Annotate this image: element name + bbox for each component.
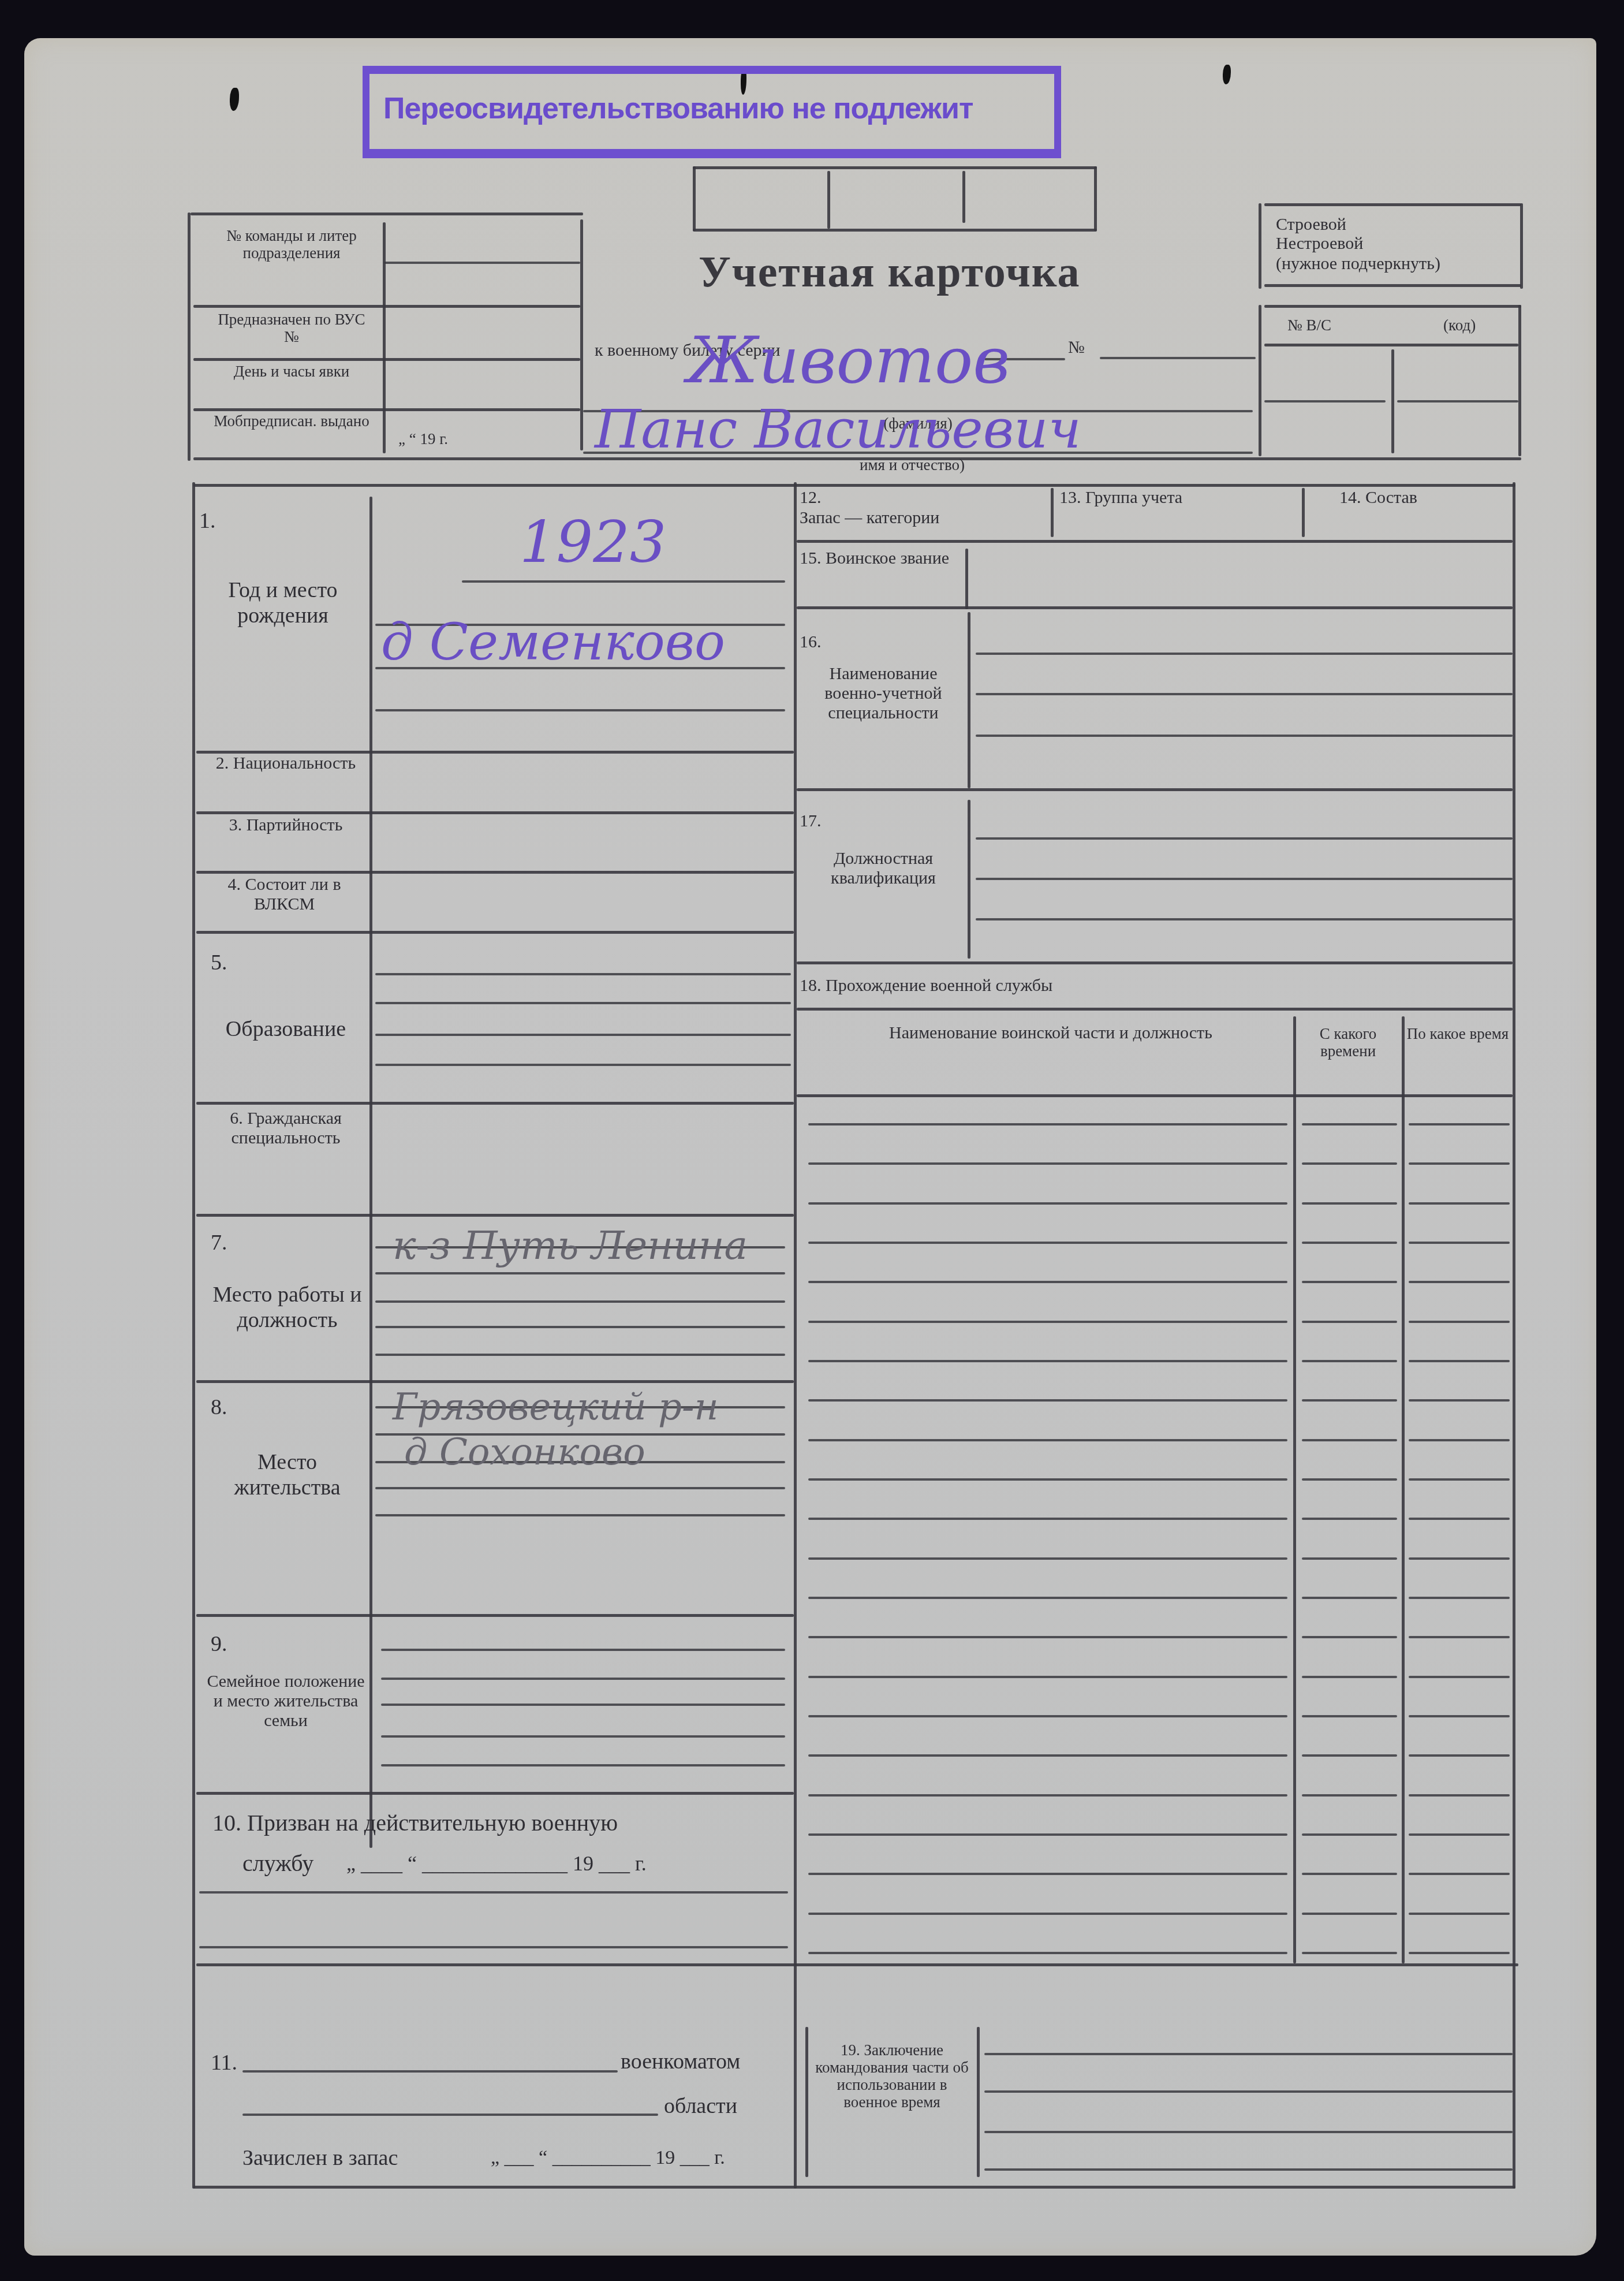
service-row-line[interactable]	[1409, 1913, 1510, 1915]
field-7-num: 7.	[211, 1230, 227, 1255]
frame-right	[1513, 482, 1515, 2189]
service-row-line[interactable]	[808, 1360, 1287, 1362]
service-row-line[interactable]	[808, 1754, 1287, 1757]
service-row-line[interactable]	[1302, 1913, 1397, 1915]
type-hint: (нужное подчеркнуть)	[1276, 254, 1518, 274]
type-option-noncombat[interactable]: Нестроевой	[1276, 234, 1507, 254]
service-row-line[interactable]	[1302, 1321, 1397, 1323]
service-row-line[interactable]	[1409, 1754, 1510, 1757]
frame-bottom	[193, 2186, 1515, 2189]
ticket-number-line	[1100, 357, 1256, 359]
service-row-line[interactable]	[1409, 1676, 1510, 1678]
service-title: 18. Прохождение военной службы	[800, 976, 1319, 996]
divider	[693, 229, 1097, 232]
divider	[693, 166, 1097, 169]
service-col-unit: Наименование воинской части и должность	[808, 1023, 1293, 1043]
service-row-line[interactable]	[808, 1478, 1287, 1481]
field-11-suffix-military-office: военкоматом	[621, 2049, 794, 2074]
service-row-line[interactable]	[1409, 1123, 1510, 1125]
service-row-line[interactable]	[808, 1952, 1287, 1954]
field-9-num: 9.	[211, 1631, 227, 1657]
field-12-label: Запас — категории	[800, 508, 1054, 528]
field-6-label: 6. Гражданская специальность	[202, 1109, 369, 1148]
service-row-line[interactable]	[1409, 1715, 1510, 1717]
frame-left	[192, 482, 195, 2189]
divider	[962, 171, 965, 223]
service-row-line[interactable]	[808, 1636, 1287, 1638]
field-16-num: 16.	[800, 632, 822, 652]
service-row-line[interactable]	[1302, 1478, 1397, 1481]
service-row-line[interactable]	[1409, 1636, 1510, 1638]
label-command-number: № команды и литер подразделения	[211, 227, 372, 262]
service-row-line[interactable]	[1409, 1162, 1510, 1165]
service-row-line[interactable]	[808, 1202, 1287, 1205]
service-row-line[interactable]	[1409, 1478, 1510, 1481]
service-row-line[interactable]	[808, 1715, 1287, 1717]
field-13-label: 13. Группа учета	[1059, 488, 1290, 508]
service-row-line[interactable]	[1302, 1123, 1397, 1125]
code-label: (код)	[1443, 316, 1513, 334]
service-row-line[interactable]	[1302, 1360, 1397, 1362]
divider	[693, 166, 696, 231]
service-row-line[interactable]	[808, 1794, 1287, 1797]
service-row-line[interactable]	[1302, 1281, 1397, 1283]
residence-district-value[interactable]: Грязовецкий р-н	[393, 1386, 719, 1429]
service-row-line[interactable]	[1409, 1557, 1510, 1560]
field-1-label: Год и место рождения	[199, 577, 367, 628]
service-row-line[interactable]	[808, 1597, 1287, 1599]
service-row-line[interactable]	[808, 1676, 1287, 1678]
label-mob-order: Мобпредписан. выдано	[211, 412, 372, 430]
service-row-line[interactable]	[1409, 1202, 1510, 1205]
service-row-line[interactable]	[1302, 1676, 1397, 1678]
frame-top	[193, 484, 1515, 487]
service-row-line[interactable]	[1409, 1952, 1510, 1954]
service-row-line[interactable]	[808, 1321, 1287, 1323]
vs-label: № В/С	[1287, 316, 1403, 334]
label-report-time: День и часы явки	[211, 363, 372, 380]
service-row-line[interactable]	[1302, 1162, 1397, 1165]
enlisted-reserve-label: Зачислен в запас	[242, 2145, 462, 2171]
field-14-label: 14. Состав	[1339, 488, 1513, 508]
service-row-line[interactable]	[1302, 1242, 1397, 1244]
service-row-line[interactable]	[808, 1242, 1287, 1244]
service-row-line[interactable]	[808, 1518, 1287, 1520]
service-row-line[interactable]	[1409, 1281, 1510, 1283]
service-row-line[interactable]	[1302, 1754, 1397, 1757]
service-row-line[interactable]	[1302, 1518, 1397, 1520]
service-col-from: С какого времени	[1296, 1025, 1400, 1060]
service-row-line[interactable]	[1409, 1360, 1510, 1362]
mob-order-date[interactable]: „ “ 19 г.	[398, 430, 572, 448]
field-3-label: 3. Партийность	[202, 815, 369, 835]
birth-year-value[interactable]: 1923	[520, 508, 667, 576]
field-10-service: службу	[242, 1851, 335, 1876]
residence-village-value[interactable]: д Сохонково	[404, 1431, 645, 1474]
type-option-combat[interactable]: Строевой	[1276, 215, 1507, 234]
service-row-line[interactable]	[808, 1833, 1287, 1836]
service-row-line[interactable]	[808, 1913, 1287, 1915]
field-11-num: 11.	[211, 2050, 237, 2075]
service-row-line[interactable]	[1409, 1873, 1510, 1875]
field-10-date[interactable]: „ ____ “ ______________ 19 ___ г.	[346, 1851, 785, 1876]
service-row-line[interactable]	[1302, 1952, 1397, 1954]
label-vus: Предназначен по ВУС №	[211, 311, 372, 345]
name-value[interactable]: Панс Васильевич	[595, 398, 1081, 460]
field-17-label: Должностная квалификация	[800, 849, 967, 888]
not-subject-stamp: Переосвидетельствованию не подлежит	[363, 66, 1061, 158]
divider	[827, 171, 830, 229]
service-row-line[interactable]	[1409, 1439, 1510, 1441]
field-17-num: 17.	[800, 811, 822, 831]
left-label-divider	[369, 497, 372, 1848]
service-row-line[interactable]	[1409, 1518, 1510, 1520]
field-11-suffix-region: области	[664, 2093, 779, 2119]
service-row-line[interactable]	[1302, 1202, 1397, 1205]
field-2-label: 2. Национальность	[202, 754, 369, 773]
field-7-label: Место работы и должность	[205, 1282, 369, 1333]
page-title: Учетная карточка	[699, 247, 1080, 297]
service-row-line[interactable]	[1302, 1597, 1397, 1599]
frame-middle	[794, 482, 797, 2189]
service-row-line[interactable]	[1409, 1597, 1510, 1599]
service-row-line[interactable]	[808, 1873, 1287, 1875]
service-row-line[interactable]	[1409, 1321, 1510, 1323]
service-row-line[interactable]	[1302, 1833, 1397, 1836]
service-row-line[interactable]	[1302, 1873, 1397, 1875]
field-9-label: Семейное положение и место жительства се…	[202, 1672, 369, 1731]
ticket-number-label: №	[1068, 338, 1103, 357]
service-row-line[interactable]	[808, 1557, 1287, 1560]
field-12-num: 12.	[800, 488, 938, 508]
field-1-num: 1.	[199, 508, 216, 534]
service-row-line[interactable]	[1302, 1439, 1397, 1441]
service-row-line[interactable]	[808, 1281, 1287, 1283]
field-16-label: Наименование военно-учетной специальност…	[800, 664, 967, 723]
field-4-label: 4. Состоит ли в ВЛКСМ	[199, 875, 369, 914]
service-row-line[interactable]	[1302, 1794, 1397, 1797]
service-row-line[interactable]	[1409, 1833, 1510, 1836]
service-col-to: По какое время	[1406, 1025, 1510, 1042]
service-row-line[interactable]	[1409, 1794, 1510, 1797]
surname-value[interactable]: Животов	[687, 323, 1010, 397]
enlisted-reserve-date[interactable]: „ ___ “ __________ 19 ___ г.	[491, 2145, 791, 2171]
service-row-line[interactable]	[1302, 1399, 1397, 1402]
divider	[1094, 166, 1097, 231]
field-15-label: 15. Воинское звание	[800, 549, 961, 568]
service-row-line[interactable]	[1302, 1557, 1397, 1560]
birth-place-value[interactable]: д Семенково	[381, 612, 725, 672]
service-row-line[interactable]	[808, 1439, 1287, 1441]
field-10-label: 10. Призван на действительную военную	[212, 1810, 790, 1836]
field-8-num: 8.	[211, 1395, 227, 1420]
stamp-text: Переосвидетельствованию не подлежит	[383, 91, 973, 126]
service-row-line[interactable]	[808, 1399, 1287, 1402]
field-5-label: Образование	[202, 1016, 369, 1042]
field-8-label: Место жительства	[205, 1449, 369, 1500]
service-row-line[interactable]	[1409, 1399, 1510, 1402]
workplace-value[interactable]: к-з Путь Ленина	[393, 1223, 748, 1269]
service-row-line[interactable]	[1302, 1636, 1397, 1638]
service-row-line[interactable]	[808, 1123, 1287, 1125]
service-row-line[interactable]	[808, 1162, 1287, 1165]
service-row-line[interactable]	[1302, 1715, 1397, 1717]
field-5-num: 5.	[211, 950, 227, 975]
field-19-label: 19. Заключение командования части об исп…	[808, 2041, 976, 2111]
service-row-line[interactable]	[1409, 1242, 1510, 1244]
